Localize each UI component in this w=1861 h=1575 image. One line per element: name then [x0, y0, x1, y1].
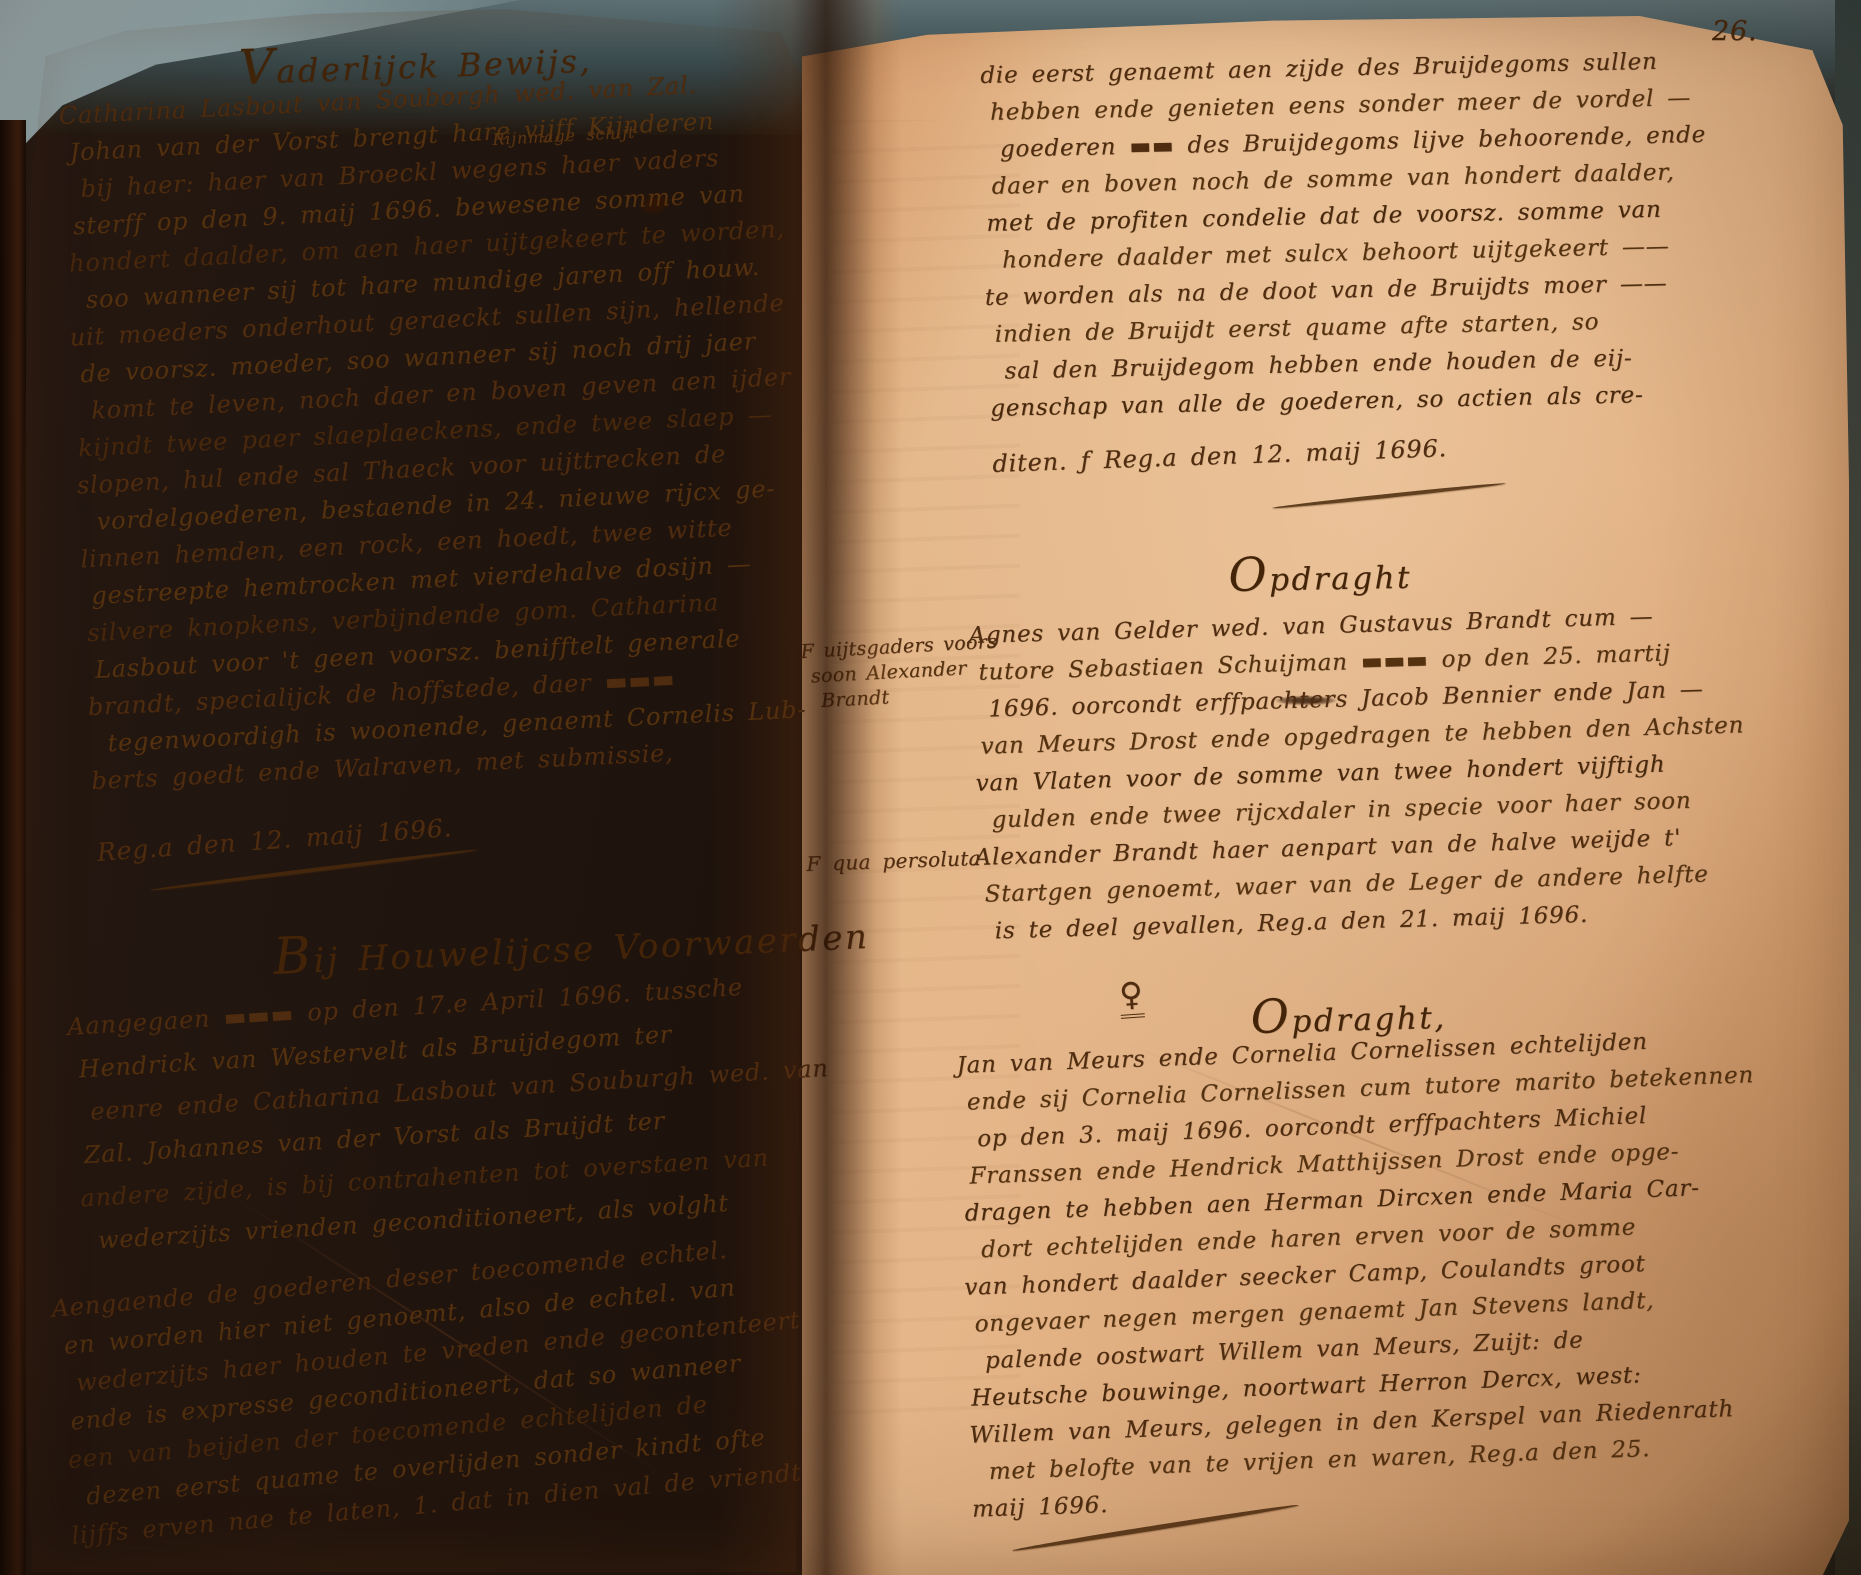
paragraph-vaderlijck-bewijs: Catharina Lasbout van Souborgh wed. van … [58, 62, 833, 800]
paragraph-marriage-contract-parties: Aangegaen ▬▬▬ op den 17.e April 1696. tu… [66, 962, 820, 1263]
manuscript-book-photo: Vaderlijck Bewijs, Rijnmage schijt Catha… [0, 0, 1861, 1575]
paragraph-marriage-conditions-continued: die eerst genaemt aen zijde des Bruijdeg… [980, 43, 1688, 428]
notary-mark-icon: ♀ [1118, 974, 1145, 1019]
paragraph-opdracht-jan-van-meurs: Jan van Meurs ende Cornelia Cornelissen … [956, 1023, 1692, 1529]
paragraph-opdracht-agnes-van-gelder: Agnes van Gelder wed. van Gustavus Brand… [968, 598, 1677, 950]
heading-opdracht-first: Opdraght [1228, 545, 1412, 602]
page-number: 26. [1712, 16, 1757, 47]
